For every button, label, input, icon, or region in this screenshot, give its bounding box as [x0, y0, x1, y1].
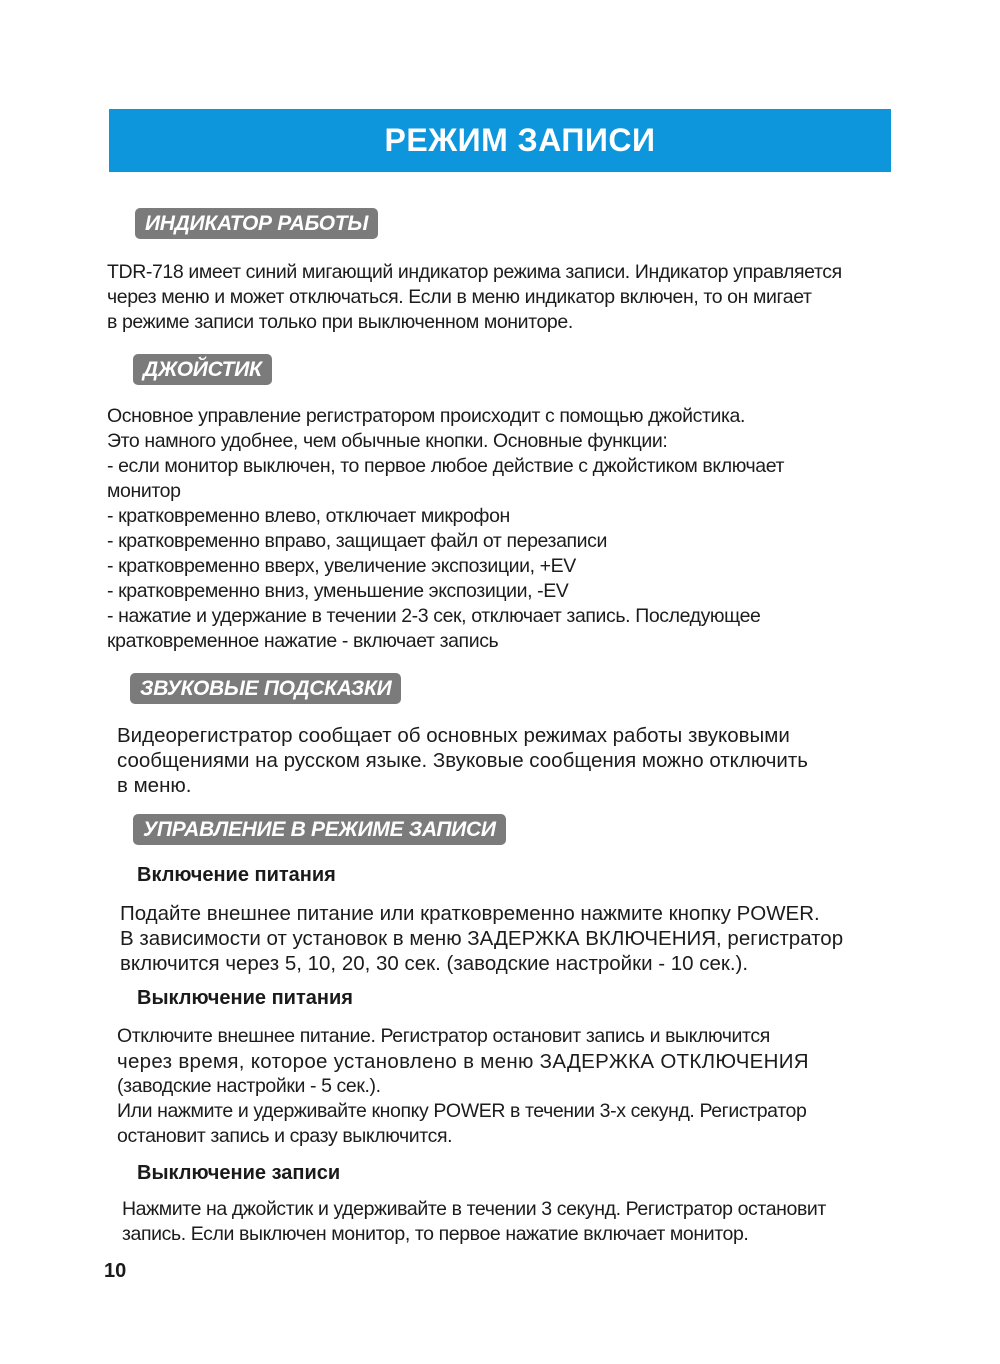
text-line: сообщениями на русском языке. Звуковые с…: [117, 748, 808, 773]
text-line: в режиме записи только при выключенном м…: [107, 310, 842, 335]
text-line: в меню.: [117, 773, 808, 798]
subheading-power-off: Выключение питания: [137, 987, 353, 1010]
section-badge-label: УПРАВЛЕНИЕ В РЕЖИМЕ ЗАПИСИ: [143, 818, 496, 842]
text-line: Основное управление регистратором происх…: [107, 404, 784, 429]
text-line: - кратковременно вниз, уменьшение экспоз…: [107, 579, 784, 604]
subheading-power-on: Включение питания: [137, 864, 336, 887]
power-off-paragraph: Отключите внешнее питание. Регистратор о…: [117, 1024, 809, 1149]
text-line: Отключите внешнее питание. Регистратор о…: [117, 1024, 809, 1049]
text-line: TDR-718 имеет синий мигающий индикатор р…: [107, 260, 842, 285]
text-line: - кратковременно вверх, увеличение экспо…: [107, 554, 784, 579]
text-line: через время, которое установлено в меню …: [117, 1049, 809, 1074]
text-line: запись. Если выключен монитор, то первое…: [122, 1222, 826, 1247]
page-title-bar: РЕЖИМ ЗАПИСИ: [109, 109, 891, 172]
text-line: кратковременное нажатие - включает запис…: [107, 629, 784, 654]
section-badge-label: ДЖОЙСТИК: [143, 358, 262, 382]
text-line: - нажатие и удержание в течении 2-3 сек,…: [107, 604, 784, 629]
subheading-stop-recording: Выключение записи: [137, 1162, 340, 1185]
voice-prompts-paragraph: Видеорегистратор сообщает об основных ре…: [117, 723, 808, 798]
text-line: Видеорегистратор сообщает об основных ре…: [117, 723, 808, 748]
power-on-paragraph: Подайте внешнее питание или кратковремен…: [120, 901, 843, 976]
section-badge-voice-prompts: ЗВУКОВЫЕ ПОДСКАЗКИ: [130, 673, 401, 704]
text-line: В зависимости от установок в меню ЗАДЕРЖ…: [120, 926, 843, 951]
text-line: - если монитор выключен, то первое любое…: [107, 454, 784, 479]
text-line: - кратковременно влево, отключает микроф…: [107, 504, 784, 529]
section-badge-record-control: УПРАВЛЕНИЕ В РЕЖИМЕ ЗАПИСИ: [133, 814, 506, 845]
indicator-paragraph: TDR-718 имеет синий мигающий индикатор р…: [107, 260, 842, 335]
text-line: монитор: [107, 479, 784, 504]
text-line: включится через 5, 10, 20, 30 сек. (заво…: [120, 951, 843, 976]
stop-recording-paragraph: Нажмите на джойстик и удерживайте в тече…: [122, 1197, 826, 1247]
page-number: 10: [104, 1260, 126, 1283]
section-badge-label: ЗВУКОВЫЕ ПОДСКАЗКИ: [140, 677, 391, 701]
text-line: Или нажмите и удерживайте кнопку POWER в…: [117, 1099, 809, 1124]
text-line: (заводские настройки - 5 сек.).: [117, 1074, 809, 1099]
page-title: РЕЖИМ ЗАПИСИ: [385, 122, 656, 159]
text-line: Это намного удобнее, чем обычные кнопки.…: [107, 429, 784, 454]
text-line: Подайте внешнее питание или кратковремен…: [120, 901, 843, 926]
text-line: - кратковременно вправо, защищает файл о…: [107, 529, 784, 554]
text-line: Нажмите на джойстик и удерживайте в тече…: [122, 1197, 826, 1222]
text-line: остановит запись и сразу выключится.: [117, 1124, 809, 1149]
text-line: через меню и может отключаться. Если в м…: [107, 285, 842, 310]
section-badge-label: ИНДИКАТОР РАБОТЫ: [145, 212, 368, 236]
section-badge-indicator: ИНДИКАТОР РАБОТЫ: [135, 208, 378, 239]
joystick-paragraph: Основное управление регистратором происх…: [107, 404, 784, 654]
section-badge-joystick: ДЖОЙСТИК: [133, 354, 272, 385]
